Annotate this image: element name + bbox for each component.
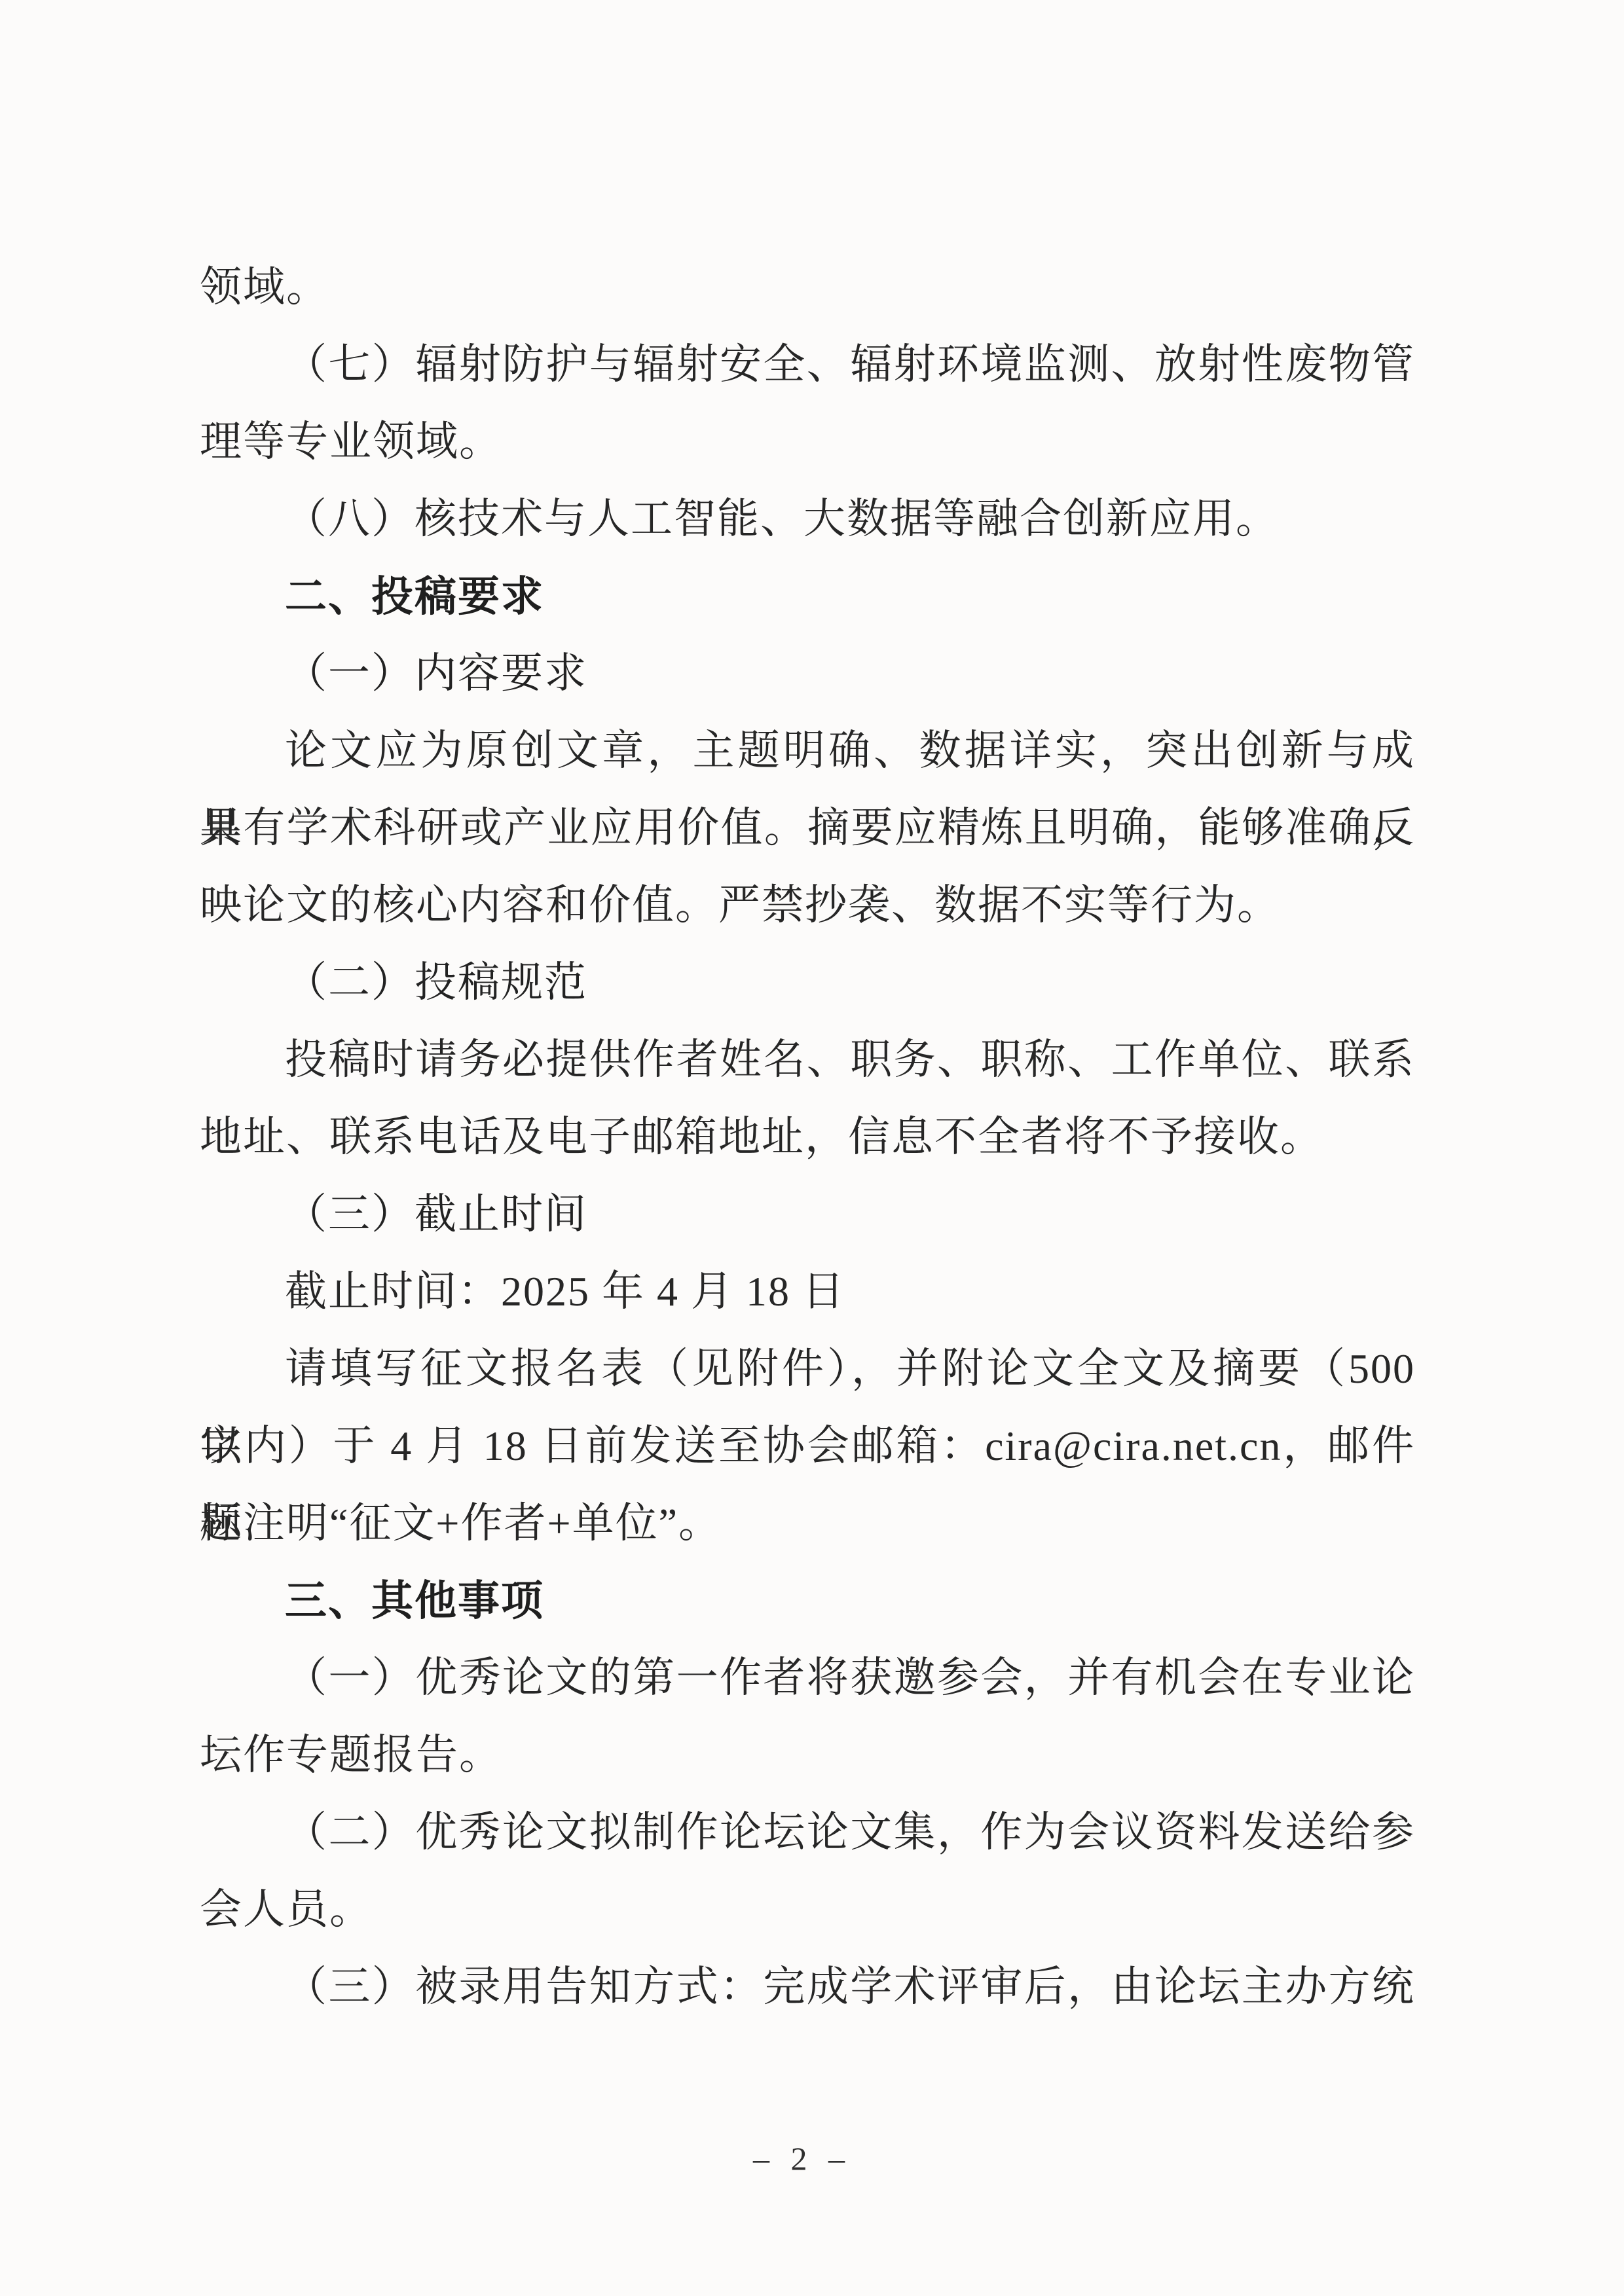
body-line: （八）核技术与人工智能、大数据等融合创新应用。 <box>200 481 1415 558</box>
body-line: 地址、联系电话及电子邮箱地址，信息不全者将不予接收。 <box>200 1099 1415 1176</box>
heading-other-matters: 三、其他事项 <box>200 1562 1415 1639</box>
heading-submission-requirements: 二、投稿要求 <box>200 558 1415 635</box>
body-line: 具有学术科研或产业应用价值。摘要应精炼且明确，能够准确反 <box>200 790 1415 867</box>
body-line: 题注明“征文+作者+单位”。 <box>200 1485 1415 1562</box>
heading-content-requirements: （一）内容要求 <box>200 635 1415 712</box>
body-line: （二）优秀论文拟制作论坛论文集，作为会议资料发送给参 <box>200 1794 1415 1871</box>
page-number: – 2 – <box>0 2140 1604 2178</box>
body-line: （一）优秀论文的第一作者将获邀参会，并有机会在专业论 <box>200 1639 1415 1717</box>
heading-submission-format: （二）投稿规范 <box>200 944 1415 1021</box>
text-block: 领域。 （七）辐射防护与辐射安全、辐射环境监测、放射性废物管 理等专业领域。 （… <box>200 249 1415 2026</box>
body-line: 坛作专题报告。 <box>200 1717 1415 1794</box>
body-line: 领域。 <box>200 249 1415 326</box>
body-line: （三）被录用告知方式：完成学术评审后，由论坛主办方统 <box>200 1948 1415 2026</box>
heading-deadline: （三）截止时间 <box>200 1176 1415 1253</box>
body-line: （七）辐射防护与辐射安全、辐射环境监测、放射性废物管 <box>200 326 1415 403</box>
body-line: 论文应为原创文章，主题明确、数据详实，突出创新与成果， <box>200 712 1415 790</box>
body-line: 会人员。 <box>200 1871 1415 1948</box>
body-line: 请填写征文报名表（见附件），并附论文全文及摘要（500 字 <box>200 1330 1415 1408</box>
body-line: 映论文的核心内容和价值。严禁抄袭、数据不实等行为。 <box>200 867 1415 944</box>
body-line: 理等专业领域。 <box>200 403 1415 481</box>
scanned-document-page: 领域。 （七）辐射防护与辐射安全、辐射环境监测、放射性废物管 理等专业领域。 （… <box>0 0 1624 2296</box>
deadline-line: 截止时间：2025 年 4 月 18 日 <box>200 1253 1415 1330</box>
body-line: 投稿时请务必提供作者姓名、职务、职称、工作单位、联系 <box>200 1021 1415 1099</box>
email-line: 以内）于 4 月 18 日前发送至协会邮箱：cira@cira.net.cn，邮… <box>200 1408 1415 1485</box>
